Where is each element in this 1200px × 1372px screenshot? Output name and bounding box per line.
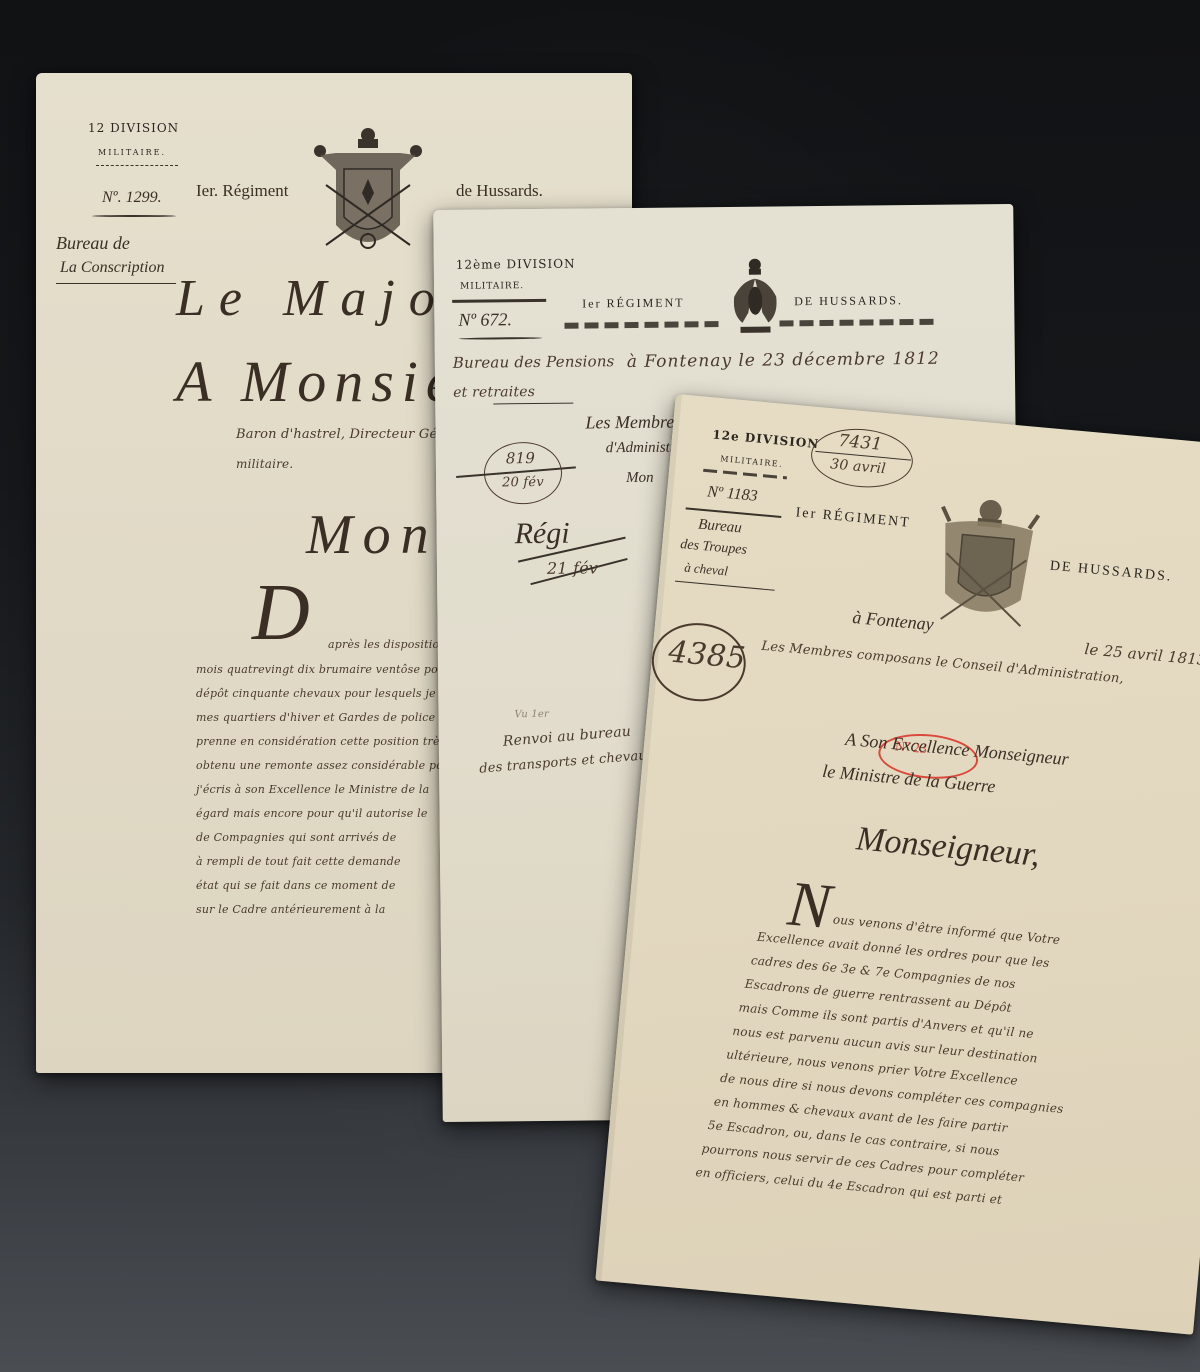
margin-note-line1: Bureau de xyxy=(56,233,130,254)
letter-3-sheet: 12e DIVISION MILITAIRE. Nº 1183 7431 30 … xyxy=(595,394,1200,1335)
regiment-right: DE HUSSARDS. xyxy=(1049,559,1173,586)
division-label: 12 DIVISION xyxy=(88,121,179,135)
number-underline xyxy=(92,215,176,217)
margin-note-line2: La Conscription xyxy=(60,259,164,277)
ornament-line-left xyxy=(564,321,724,329)
greeting: Mon xyxy=(306,503,439,567)
addressee-line3: militaire. xyxy=(236,457,293,471)
number-underline xyxy=(459,337,543,340)
salutation-line3: Mon xyxy=(626,470,654,487)
regiment-left: Ier RÉGIMENT xyxy=(582,295,684,311)
registry-stamp-number: 819 xyxy=(506,449,535,467)
body-line: de Compagnies qui sont arrivés de xyxy=(196,831,396,844)
header-divider xyxy=(703,469,787,480)
body-line: égard mais encore pour qu'il autorise le xyxy=(196,807,428,820)
date: le 25 avril 1813 xyxy=(1084,640,1200,669)
coat-of-arms-icon xyxy=(306,125,430,259)
margin-note-underline xyxy=(675,581,775,591)
struck-note-1: Régi xyxy=(514,517,569,552)
annotation-line3: des transports et chevaux xyxy=(479,748,655,777)
body-line: sur le Cadre antérieurement à la xyxy=(196,903,385,916)
regiment-right: DE HUSSARDS. xyxy=(794,293,903,309)
militaire-label: MILITAIRE. xyxy=(98,148,166,157)
drop-cap: D xyxy=(252,568,310,659)
document-number: Nº. 1299. xyxy=(102,189,162,207)
coat-of-arms-icon xyxy=(920,492,1051,632)
regiment-right: de Hussards. xyxy=(456,181,543,201)
body-line: après les dispositions xyxy=(328,638,452,651)
header-divider xyxy=(96,165,178,166)
registry-stamp-date: 20 fév xyxy=(502,475,544,490)
annotation-line1: Vu 1er xyxy=(514,709,549,720)
document-number: Nº 1183 xyxy=(706,483,758,505)
margin-note-line1: Bureau xyxy=(697,517,742,538)
document-number: Nº 672. xyxy=(458,309,512,331)
bureau-underline xyxy=(493,403,573,405)
body-line: à rempli de tout fait cette demande xyxy=(196,855,401,868)
margin-note-underline xyxy=(56,283,176,284)
militaire-label: MILITAIRE. xyxy=(720,454,784,469)
bureau-line2: et retraites xyxy=(453,384,535,401)
greeting: Monseigneur, xyxy=(855,820,1042,875)
header-divider xyxy=(452,299,546,303)
body-line: mois quatrevingt dix brumaire ventôse po… xyxy=(196,663,475,676)
margin-note-line3: à cheval xyxy=(684,560,729,580)
ornament-line-right xyxy=(779,319,939,327)
place-date: à Fontenay le 23 décembre 1812 xyxy=(627,349,940,372)
militaire-label: MILITAIRE. xyxy=(460,281,524,292)
body-line: j'écris à son Excellence le Ministre de … xyxy=(196,783,429,796)
bureau-line1: Bureau des Pensions xyxy=(453,352,615,372)
margin-note-line2: des Troupes xyxy=(680,537,748,559)
body-line: mes quartiers d'hiver et Gardes de polic… xyxy=(196,711,435,724)
division-label: 12ème DIVISION xyxy=(456,257,576,272)
registry-number: 4385 xyxy=(667,634,747,676)
salutation-line1: Les Membres xyxy=(585,411,681,433)
regiment-left: Ier RÉGIMENT xyxy=(795,505,911,531)
registry-stamp-number: 7431 xyxy=(838,431,884,455)
body-line: état qui se fait dans ce moment de xyxy=(196,879,396,892)
opening-line: Les Membres composans le Conseil d'Admin… xyxy=(761,639,1125,687)
regiment-left: Ier. Régiment xyxy=(196,181,289,201)
division-label: 12e DIVISION xyxy=(712,428,820,452)
body-line: prenne en considération cette position t… xyxy=(196,735,446,748)
imperial-eagle-icon xyxy=(728,256,783,341)
annotation-line2: Renvoi au bureau xyxy=(502,724,631,750)
